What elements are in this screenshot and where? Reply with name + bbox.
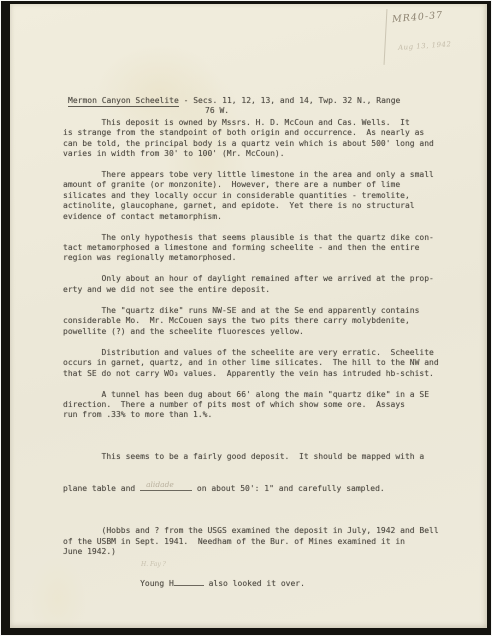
catalog-number-annotation: MR40-37 — [392, 10, 444, 25]
document-title: Mermon Canyon Scheelite - Secs. 11, 12, … — [63, 96, 461, 106]
document-page: MR40-37 Aug 13, 1942 Mermon Canyon Schee… — [10, 4, 487, 628]
scanned-page: MR40-37 Aug 13, 1942 Mermon Canyon Schee… — [0, 0, 492, 636]
paragraph-ownership: This deposit is owned by Mssrs. H. D. Mc… — [63, 118, 461, 160]
handwritten-alidade: alidade — [146, 480, 174, 490]
paragraph-tunnel: A tunnel has been dug about 66' along th… — [63, 390, 461, 421]
blank-line — [174, 578, 204, 586]
paragraph-quartz-dike: The "quartz dike" runs NW-SE and at the … — [63, 306, 461, 337]
mapping-line2: plane table and alidade on about 50': 1"… — [63, 483, 461, 494]
date-annotation: Aug 13, 1942 — [398, 40, 452, 52]
pencil-stroke — [384, 9, 388, 65]
mapping-line1: This seems to be a fairly good deposit. … — [63, 452, 461, 462]
mapping-line2-before: plane table and — [63, 484, 140, 493]
paragraph-geology: There appears tobe very little limestone… — [63, 170, 461, 222]
title-underlined: Mermon Canyon Scheelite — [68, 96, 179, 107]
title-township-line: 76 W. — [63, 106, 461, 116]
handwritten-note: H. Fay ? — [141, 560, 166, 570]
title-rest: - Secs. 11, 12, 13, and 14, Twp. 32 N., … — [179, 96, 401, 105]
closing-line: H. Fay ? Young H also looked it over. — [63, 568, 461, 600]
blank-line: alidade — [140, 483, 192, 491]
paragraph-examinations: (Hobbs and ? from the USGS examined the … — [63, 526, 461, 557]
document-content: Mermon Canyon Scheelite - Secs. 11, 12, … — [63, 96, 461, 611]
paragraph-distribution: Distribution and values of the scheelite… — [63, 348, 461, 379]
paragraph-mapping: This seems to be a fairly good deposit. … — [63, 431, 461, 515]
paragraph-daylight: Only about an hour of daylight remained … — [63, 274, 461, 295]
paragraph-hypothesis: The only hypothesis that seems plausible… — [63, 233, 461, 264]
mapping-line2-after: on about 50': 1" and carefully sampled. — [192, 484, 385, 493]
closing-after: also looked it over. — [204, 579, 305, 588]
closing-before: Young H — [102, 579, 174, 588]
